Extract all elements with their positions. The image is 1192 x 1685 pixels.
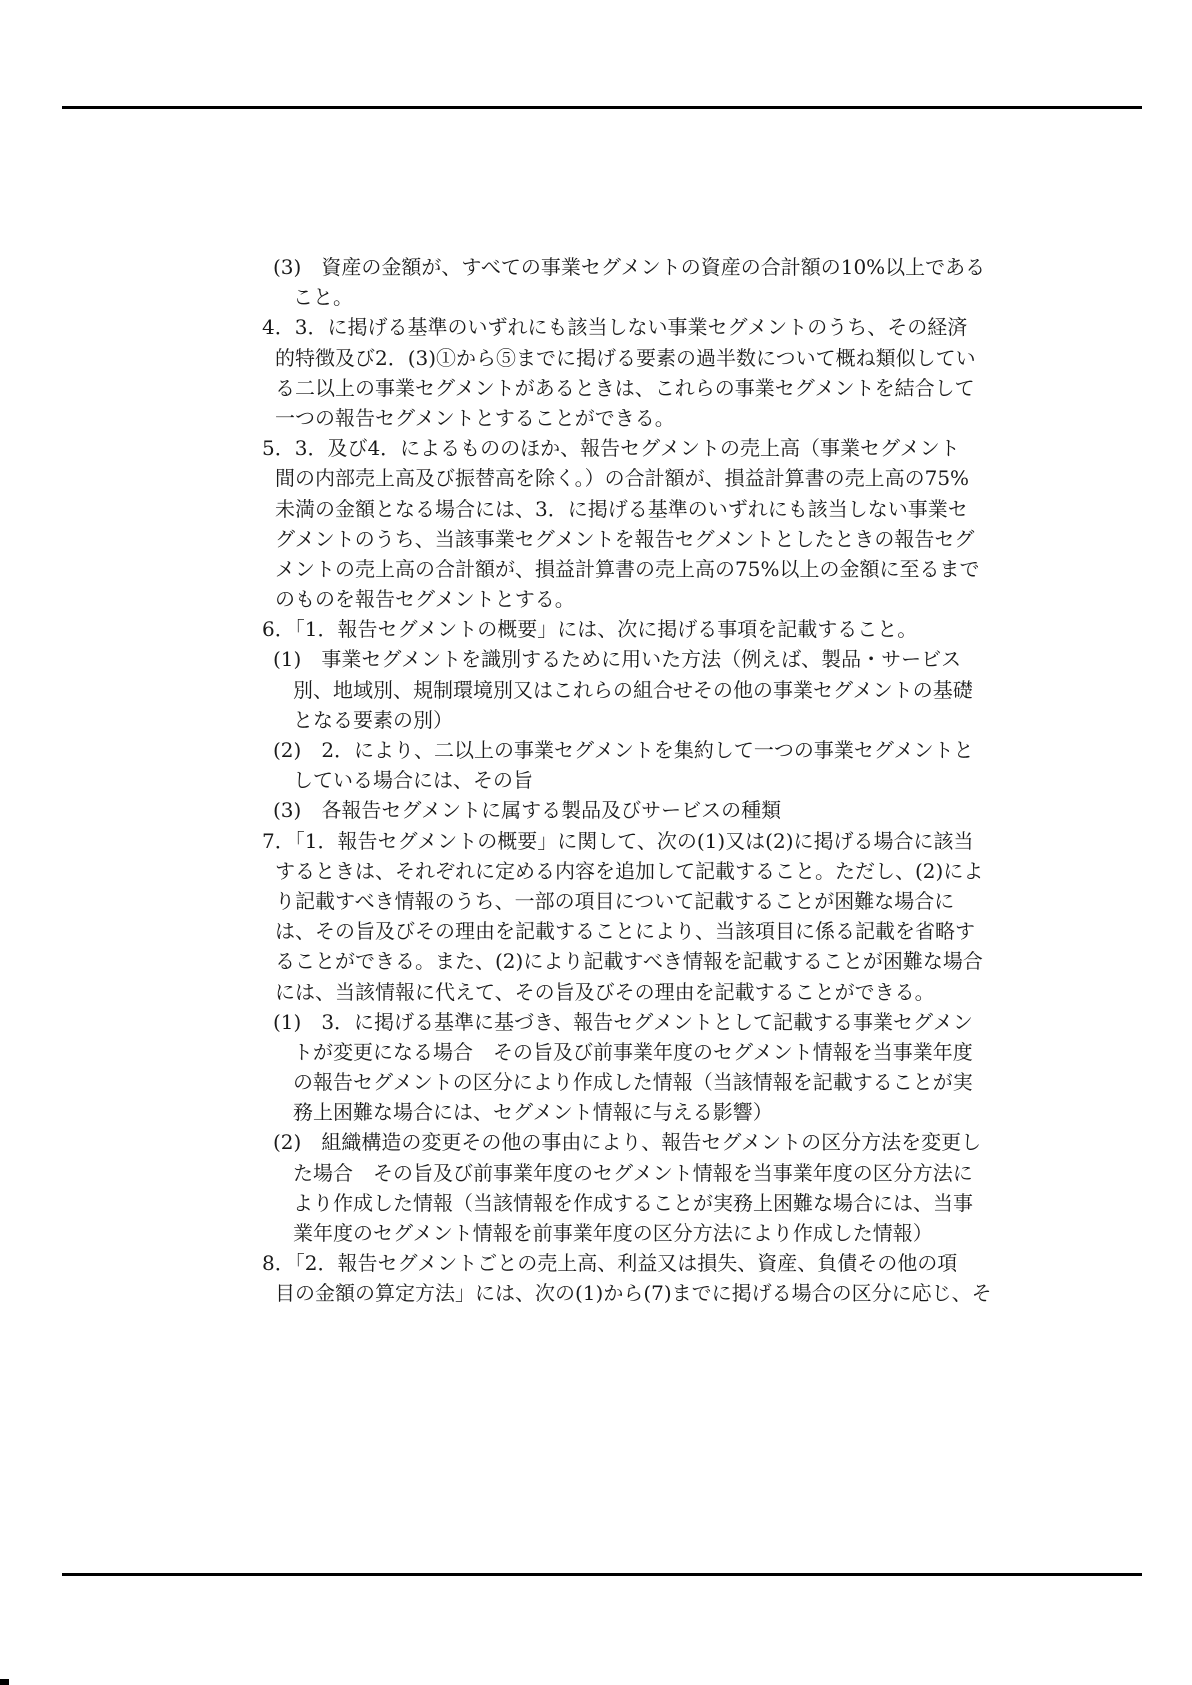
text-line: のものを報告セグメントとする。 xyxy=(262,584,922,614)
text-line: には、当該情報に代えて、その旨及びその理由を記載することができる。 xyxy=(262,977,922,1007)
text-line: (2) 組織構造の変更その他の事由により、報告セグメントの区分方法を変更し xyxy=(262,1127,922,1157)
text-line: 一つの報告セグメントとすることができる。 xyxy=(262,403,922,433)
document-page: (3) 資産の金額が、すべての事業セグメントの資産の合計額の10%以上であること… xyxy=(0,0,1192,1685)
text-line: 7．「1．報告セグメントの概要」に関して、次の(1)又は(2)に掲げる場合に該当 xyxy=(262,826,922,856)
text-block: (3) 資産の金額が、すべての事業セグメントの資産の合計額の10%以上であること… xyxy=(262,252,922,1309)
text-line: 目の金額の算定方法」には、次の(1)から(7)までに掲げる場合の区分に応じ、そ xyxy=(262,1278,922,1308)
text-line: (3) 各報告セグメントに属する製品及びサービスの種類 xyxy=(262,795,922,825)
text-line: る二以上の事業セグメントがあるときは、これらの事業セグメントを結合して xyxy=(262,373,922,403)
text-line: グメントのうち、当該事業セグメントを報告セグメントとしたときの報告セグ xyxy=(262,524,922,554)
text-line: メントの売上高の合計額が、損益計算書の売上高の75%以上の金額に至るまで xyxy=(262,554,922,584)
text-line: り記載すべき情報のうち、一部の項目について記載することが困難な場合に xyxy=(262,886,922,916)
bottom-horizontal-rule xyxy=(62,1573,1142,1576)
text-line: するときは、それぞれに定める内容を追加して記載すること。ただし、(2)によ xyxy=(262,856,922,886)
text-line: 5．3．及び4．によるもののほか、報告セグメントの売上高（事業セグメント xyxy=(262,433,922,463)
text-line: た場合 その旨及び前事業年度のセグメント情報を当事業年度の区分方法に xyxy=(262,1158,922,1188)
text-line: 未満の金額となる場合には、3．に掲げる基準のいずれにも該当しない事業セ xyxy=(262,494,922,524)
text-line: 6．「1．報告セグメントの概要」には、次に掲げる事項を記載すること。 xyxy=(262,614,922,644)
text-line: こと。 xyxy=(262,282,922,312)
text-line: より作成した情報（当該情報を作成することが実務上困難な場合には、当事 xyxy=(262,1188,922,1218)
text-line: ることができる。また、(2)により記載すべき情報を記載することが困難な場合 xyxy=(262,946,922,976)
text-line: (2) 2．により、二以上の事業セグメントを集約して一つの事業セグメントと xyxy=(262,735,922,765)
text-line: 8．「2．報告セグメントごとの売上高、利益又は損失、資産、負債その他の項 xyxy=(262,1248,922,1278)
text-line: 務上困難な場合には、セグメント情報に与える影響） xyxy=(262,1097,922,1127)
text-line: の報告セグメントの区分により作成した情報（当該情報を記載することが実 xyxy=(262,1067,922,1097)
top-horizontal-rule xyxy=(62,106,1142,109)
text-line: (1) 3．に掲げる基準に基づき、報告セグメントとして記載する事業セグメン xyxy=(262,1007,922,1037)
text-line: (3) 資産の金額が、すべての事業セグメントの資産の合計額の10%以上である xyxy=(262,252,922,282)
text-line: している場合には、その旨 xyxy=(262,765,922,795)
text-line: 別、地域別、規制環境別又はこれらの組合せその他の事業セグメントの基礎 xyxy=(262,675,922,705)
text-line: トが変更になる場合 その旨及び前事業年度のセグメント情報を当事業年度 xyxy=(262,1037,922,1067)
text-line: は、その旨及びその理由を記載することにより、当該項目に係る記載を省略す xyxy=(262,916,922,946)
text-line: (1) 事業セグメントを識別するために用いた方法（例えば、製品・サービス xyxy=(262,644,922,674)
text-line: 的特徴及び2．(3)①から⑤までに掲げる要素の過半数について概ね類似してい xyxy=(262,343,922,373)
text-line: 業年度のセグメント情報を前事業年度の区分方法により作成した情報） xyxy=(262,1218,922,1248)
text-line: となる要素の別） xyxy=(262,705,922,735)
text-line: 間の内部売上高及び振替高を除く。）の合計額が、損益計算書の売上高の75% xyxy=(262,463,922,493)
text-line: 4．3．に掲げる基準のいずれにも該当しない事業セグメントのうち、その経済 xyxy=(262,312,922,342)
scan-artifact-mark xyxy=(0,1679,9,1685)
